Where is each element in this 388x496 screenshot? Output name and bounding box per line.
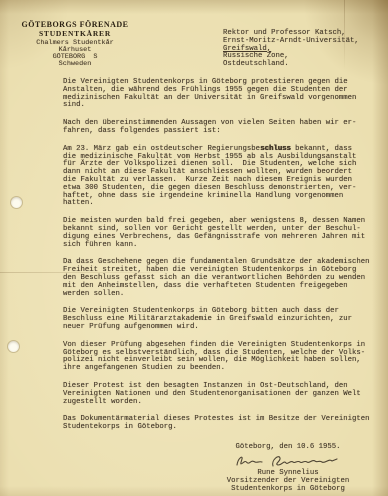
closing-block: Göteborg, den 10.6 1955. Rune Synnelius … [200,443,376,493]
signature-scribble-icon [229,452,347,469]
letter-body: Die Vereinigten Studentenkorps in Götebo… [63,79,388,442]
body-line: werden sollen. [63,291,388,299]
recipient-address-block: Rektor und Professor Katsch,Ernst-Moritz… [223,30,359,69]
body-line: fahren, dass folgendes passiert ist: [63,128,388,136]
overstruck-text: schluss [260,145,291,153]
body-line: ihre angefangenen Studien zu beenden. [63,365,388,373]
letterhead: GÖTEBORGS FÖRENADE STUDENTKÅRER Chalmers… [12,21,138,68]
letter-page: GÖTEBORGS FÖRENADE STUDENTKÅRER Chalmers… [0,0,388,496]
body-paragraph: Die Vereinigten Studentenkorps in Götebo… [63,308,388,331]
body-paragraph: Das Dokumentärmaterial dieses Protestes … [63,416,388,432]
body-line: hatten. [63,200,388,208]
body-line: medizinischen Fakultät an der Universitä… [63,95,388,103]
punch-hole-bottom [8,341,19,352]
dateline: Göteborg, den 10.6 1955. [200,443,376,451]
signatory-title: Vorsitzender der VereinigtenStudentenkor… [200,477,376,493]
body-line: neuer Prüfung aufgenommen wird. [63,324,388,332]
signatory-title-line: Studentenkorps in Göteborg [200,485,376,493]
body-paragraph: Am 23. März gab ein ostdeutscher Regieru… [63,146,388,208]
letterhead-address-line: Schweden [12,61,138,68]
signatory-typed-name: Rune Synnelius [200,469,376,477]
body-paragraph: Die Vereinigten Studentenkorps in Götebo… [63,79,388,110]
signatory-title-line: Vorsitzender der Vereinigten [200,477,376,485]
recipient-line: Ostdeutschland. [223,61,359,69]
handwritten-signature [200,452,376,469]
body-line: sich führen kann. [63,242,388,250]
body-line: sind. [63,102,388,110]
body-line: zugestellt worden. [63,399,388,407]
letterhead-address: Chalmers StudentkårKårhusetGÖTEBORG SSch… [12,40,138,68]
body-paragraph: Von dieser Prüfung abgesehen finden die … [63,342,388,373]
body-line: Studentekorps in Göteborg. [63,424,388,432]
org-name-line2: STUDENTKÅRER [12,30,138,39]
body-paragraph: Nach den übereinstimmenden Aussagen von … [63,120,388,136]
body-paragraph: Da dass Geschehene gegen die fundamental… [63,259,388,298]
body-paragraph: Die meisten wurden bald frei gegeben, ab… [63,218,388,249]
body-paragraph: Dieser Protest ist den besagten Instanze… [63,383,388,406]
body-line: haftet, ohne dass sie irgendeine krimine… [63,193,388,201]
punch-hole-top [11,197,22,208]
